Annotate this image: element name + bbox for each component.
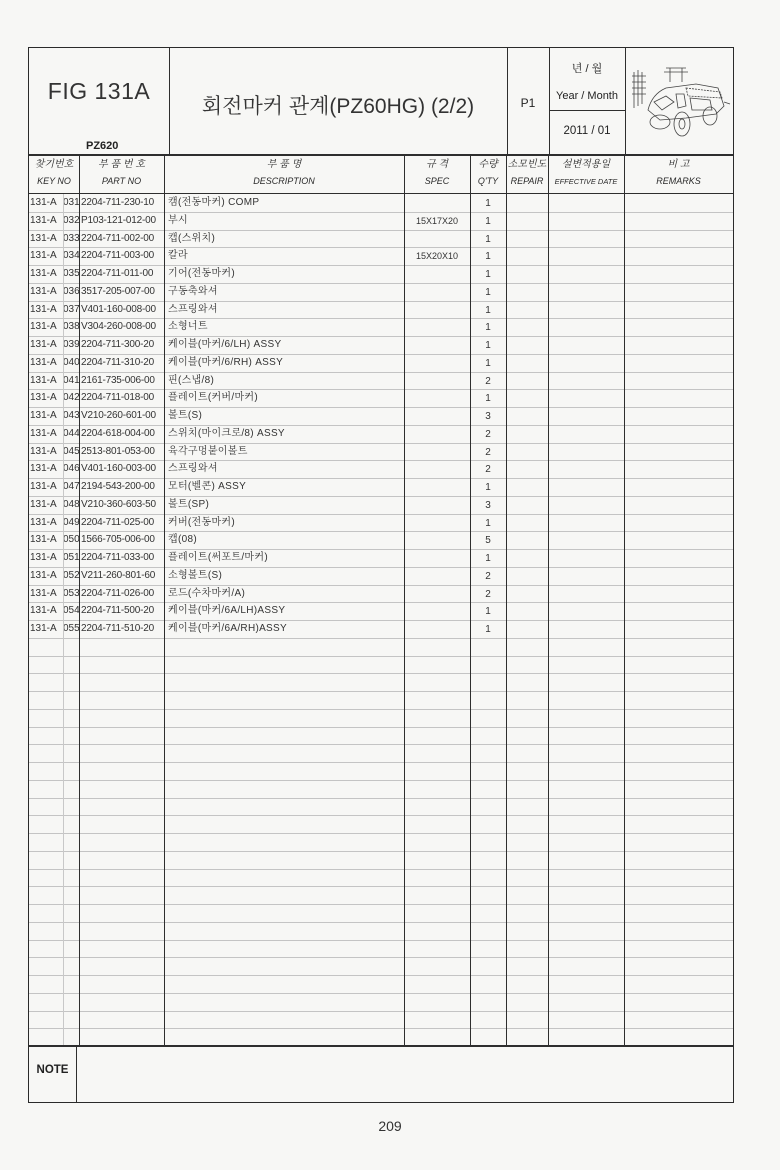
part-number: P103-121-012-00: [81, 212, 165, 230]
key-number: 047: [63, 478, 79, 496]
table-row: 131-A0342204-711-003-00칼라15X20X101: [29, 247, 733, 265]
divider: [549, 110, 625, 111]
key-prefix: 131-A: [30, 354, 63, 372]
part-number: 2204-711-025-00: [81, 514, 165, 532]
key-number: 031: [63, 194, 79, 212]
divider: [164, 154, 165, 1046]
part-number: V211-260-801-60: [81, 567, 165, 585]
part-description: 칼라: [168, 247, 404, 265]
part-description: 모터(벨콘) ASSY: [168, 478, 404, 496]
divider: [79, 154, 80, 1046]
key-number: 039: [63, 336, 79, 354]
table-row: 131-A0363517-205-007-00구동축와셔1: [29, 283, 733, 301]
part-description: 케이블(마커/6/LH) ASSY: [168, 336, 404, 354]
part-number: 2204-711-018-00: [81, 389, 165, 407]
key-prefix: 131-A: [30, 407, 63, 425]
part-quantity: 1: [470, 301, 506, 319]
table-row: 131-A0472194-543-200-00모터(벨콘) ASSY1: [29, 478, 733, 496]
key-prefix: 131-A: [30, 212, 63, 230]
table-row: 131-A0492204-711-025-00커버(전동마커)1: [29, 514, 733, 532]
table-row: 131-A0422204-711-018-00플레이트(커버/마커)1: [29, 389, 733, 407]
key-number: 046: [63, 460, 79, 478]
key-prefix: 131-A: [30, 478, 63, 496]
table-row: [29, 975, 733, 993]
key-number: 045: [63, 443, 79, 461]
part-description: 부시: [168, 212, 404, 230]
key-prefix: 131-A: [30, 230, 63, 248]
figure-number: FIG 131A: [29, 78, 169, 105]
key-number: 038: [63, 318, 79, 336]
table-row: [29, 780, 733, 798]
part-description: 스위치(마이크로/8) ASSY: [168, 425, 404, 443]
key-number: 032: [63, 212, 79, 230]
part-description: 커버(전동마커): [168, 514, 404, 532]
key-prefix: 131-A: [30, 265, 63, 283]
key-prefix: 131-A: [30, 194, 63, 212]
column-header-key-no: 찾기번호KEY NO: [29, 156, 79, 190]
table-row: 131-A0312204-711-230-10캠(전동마커) COMP1: [29, 194, 733, 212]
key-number: 037: [63, 301, 79, 319]
divider: [470, 154, 471, 1046]
part-spec: 15X17X20: [404, 212, 470, 230]
part-spec: [404, 372, 470, 390]
table-row: [29, 833, 733, 851]
part-description: 케이블(마커/6A/RH)ASSY: [168, 620, 404, 638]
part-spec: 15X20X10: [404, 247, 470, 265]
part-description: 기어(전동마커): [168, 265, 404, 283]
part-spec: [404, 460, 470, 478]
year-month-label-ko: 년 / 월: [549, 60, 625, 76]
key-prefix: 131-A: [30, 389, 63, 407]
column-header-part-no: 부 품 번 호PART NO: [79, 156, 164, 190]
part-quantity: 1: [470, 247, 506, 265]
part-number: 2204-711-300-20: [81, 336, 165, 354]
column-header-repair: 소모빈도REPAIR: [506, 156, 548, 190]
key-number: 034: [63, 247, 79, 265]
divider: [76, 1045, 77, 1102]
table-row: [29, 886, 733, 904]
part-spec: [404, 407, 470, 425]
part-spec: [404, 354, 470, 372]
page-number: 209: [0, 1118, 780, 1134]
key-prefix: 131-A: [30, 425, 63, 443]
part-spec: [404, 496, 470, 514]
part-description: 육각구멍붙이볼트: [168, 443, 404, 461]
table-row: [29, 904, 733, 922]
table-row: 131-A0501566-705-006-00캡(08)5: [29, 531, 733, 549]
table-row: [29, 815, 733, 833]
part-description: 캠(전동마커) COMP: [168, 194, 404, 212]
table-row: [29, 851, 733, 869]
part-description: 구동축와셔: [168, 283, 404, 301]
part-number: 2204-711-003-00: [81, 247, 165, 265]
part-spec: [404, 514, 470, 532]
key-prefix: 131-A: [30, 531, 63, 549]
note-text: [79, 1047, 729, 1097]
table-row: [29, 744, 733, 762]
column-header-effective-date: 설변적용일EFFECTIVE DATE: [548, 156, 624, 190]
part-number: 2204-711-230-10: [81, 194, 165, 212]
part-number: 2204-711-310-20: [81, 354, 165, 372]
divider: [404, 154, 405, 1046]
part-quantity: 1: [470, 478, 506, 496]
part-quantity: 1: [470, 265, 506, 283]
key-number: 042: [63, 389, 79, 407]
column-header-spec: 규 격SPEC: [404, 156, 470, 190]
part-quantity: 1: [470, 549, 506, 567]
divider: [169, 48, 170, 154]
part-number: 2161-735-006-00: [81, 372, 165, 390]
column-header-qty: 수량Q'TY: [470, 156, 506, 190]
table-row: [29, 940, 733, 958]
part-number: V401-160-003-00: [81, 460, 165, 478]
part-quantity: 1: [470, 230, 506, 248]
key-prefix: 131-A: [30, 514, 63, 532]
key-number: 041: [63, 372, 79, 390]
page-title: 회전마커 관계(PZ60HG) (2/2): [169, 90, 507, 120]
part-quantity: 1: [470, 194, 506, 212]
table-row: [29, 798, 733, 816]
part-quantity: 2: [470, 567, 506, 585]
key-number: 048: [63, 496, 79, 514]
part-quantity: 1: [470, 318, 506, 336]
part-number: 2204-711-500-20: [81, 602, 165, 620]
table-row: [29, 762, 733, 780]
key-prefix: 131-A: [30, 301, 63, 319]
table-row: 131-A0532204-711-026-00로드(수차마커/A)2: [29, 585, 733, 603]
key-number: 053: [63, 585, 79, 603]
part-quantity: 2: [470, 372, 506, 390]
table-row: 131-A043V210-260-601-00볼트(S)3: [29, 407, 733, 425]
key-prefix: 131-A: [30, 443, 63, 461]
part-quantity: 1: [470, 212, 506, 230]
key-prefix: 131-A: [30, 247, 63, 265]
part-spec: [404, 265, 470, 283]
part-description: 핀(스냅/8): [168, 372, 404, 390]
key-number: 055: [63, 620, 79, 638]
key-number: 049: [63, 514, 79, 532]
key-prefix: 131-A: [30, 567, 63, 585]
key-prefix: 131-A: [30, 602, 63, 620]
key-prefix: 131-A: [30, 318, 63, 336]
key-prefix: 131-A: [30, 336, 63, 354]
page-code: P1: [507, 96, 549, 110]
part-quantity: 3: [470, 407, 506, 425]
table-row: 131-A0452513-801-053-00육각구멍붙이볼트2: [29, 443, 733, 461]
model-name: PZ620: [86, 140, 118, 152]
key-number: 033: [63, 230, 79, 248]
part-number: 2204-711-026-00: [81, 585, 165, 603]
divider: [63, 194, 64, 1046]
part-number: 2204-618-004-00: [81, 425, 165, 443]
part-spec: [404, 194, 470, 212]
part-number: 2204-711-033-00: [81, 549, 165, 567]
part-spec: [404, 425, 470, 443]
table-row: 131-A052V211-260-801-60소형볼트(S)2: [29, 567, 733, 585]
column-header-remarks: 비 고REMARKS: [624, 156, 733, 190]
table-row: [29, 869, 733, 887]
part-quantity: 1: [470, 620, 506, 638]
part-spec: [404, 389, 470, 407]
part-description: 캡(스위치): [168, 230, 404, 248]
key-number: 044: [63, 425, 79, 443]
table-row: [29, 993, 733, 1011]
table-row: 131-A038V304-260-008-00소형너트1: [29, 318, 733, 336]
key-number: 051: [63, 549, 79, 567]
table-row: [29, 638, 733, 656]
part-number: V210-360-603-50: [81, 496, 165, 514]
part-description: 스프링와셔: [168, 301, 404, 319]
part-number: 2204-711-002-00: [81, 230, 165, 248]
part-description: 소형볼트(S): [168, 567, 404, 585]
part-number: 2513-801-053-00: [81, 443, 165, 461]
part-quantity: 3: [470, 496, 506, 514]
key-prefix: 131-A: [30, 585, 63, 603]
column-header-description: 부 품 명DESCRIPTION: [164, 156, 404, 190]
part-spec: [404, 283, 470, 301]
table-row: 131-A0332204-711-002-00캡(스위치)1: [29, 230, 733, 248]
rice-transplanter-illustration-icon: [626, 50, 734, 150]
key-number: 043: [63, 407, 79, 425]
year-month-label-en: Year / Month: [549, 90, 625, 102]
table-row: [29, 922, 733, 940]
table-row: 131-A048V210-360-603-50볼트(SP)3: [29, 496, 733, 514]
part-description: 플레이트(커버/마커): [168, 389, 404, 407]
key-prefix: 131-A: [30, 620, 63, 638]
key-prefix: 131-A: [30, 283, 63, 301]
note-label: NOTE: [29, 1046, 76, 1094]
key-prefix: 131-A: [30, 549, 63, 567]
part-description: 로드(수차마커/A): [168, 585, 404, 603]
part-number: 2194-543-200-00: [81, 478, 165, 496]
part-quantity: 1: [470, 514, 506, 532]
part-quantity: 1: [470, 283, 506, 301]
part-quantity: 1: [470, 336, 506, 354]
part-number: V304-260-008-00: [81, 318, 165, 336]
part-number: 3517-205-007-00: [81, 283, 165, 301]
part-number: 2204-711-011-00: [81, 265, 165, 283]
part-spec: [404, 602, 470, 620]
part-quantity: 2: [470, 460, 506, 478]
table-row: 131-A0412161-735-006-00핀(스냅/8)2: [29, 372, 733, 390]
part-description: 소형너트: [168, 318, 404, 336]
key-prefix: 131-A: [30, 372, 63, 390]
table-row: [29, 727, 733, 745]
divider: [549, 48, 550, 154]
table-row: 131-A0552204-711-510-20케이블(마커/6A/RH)ASSY…: [29, 620, 733, 638]
key-number: 036: [63, 283, 79, 301]
divider: [506, 154, 507, 1046]
part-quantity: 5: [470, 531, 506, 549]
table-row: [29, 709, 733, 727]
table-row: 131-A0442204-618-004-00스위치(마이크로/8) ASSY2: [29, 425, 733, 443]
part-quantity: 1: [470, 354, 506, 372]
part-description: 캡(08): [168, 531, 404, 549]
table-row: 131-A0352204-711-011-00기어(전동마커)1: [29, 265, 733, 283]
year-month-value: 2011 / 01: [549, 125, 625, 137]
key-prefix: 131-A: [30, 496, 63, 514]
divider: [507, 48, 508, 154]
key-number: 040: [63, 354, 79, 372]
table-row: 131-A046V401-160-003-00스프링와셔2: [29, 460, 733, 478]
table-row: 131-A032P103-121-012-00부시15X17X201: [29, 212, 733, 230]
key-number: 054: [63, 602, 79, 620]
part-spec: [404, 478, 470, 496]
part-description: 케이블(마커/6A/LH)ASSY: [168, 602, 404, 620]
table-row: 131-A0392204-711-300-20케이블(마커/6/LH) ASSY…: [29, 336, 733, 354]
divider: [625, 48, 626, 154]
part-spec: [404, 620, 470, 638]
table-row: [29, 957, 733, 975]
key-number: 052: [63, 567, 79, 585]
part-spec: [404, 230, 470, 248]
parts-list-form: FIG 131A PZ620 회전마커 관계(PZ60HG) (2/2) P1 …: [28, 47, 734, 1103]
part-number: V210-260-601-00: [81, 407, 165, 425]
key-number: 050: [63, 531, 79, 549]
table-row: [29, 673, 733, 691]
part-quantity: 2: [470, 443, 506, 461]
part-quantity: 2: [470, 585, 506, 603]
part-spec: [404, 585, 470, 603]
table-row: 131-A0542204-711-500-20케이블(마커/6A/LH)ASSY…: [29, 602, 733, 620]
part-quantity: 2: [470, 425, 506, 443]
part-description: 스프링와셔: [168, 460, 404, 478]
part-number: V401-160-008-00: [81, 301, 165, 319]
part-description: 볼트(S): [168, 407, 404, 425]
divider: [548, 154, 549, 1046]
table-row: [29, 1028, 733, 1046]
part-number: 1566-705-006-00: [81, 531, 165, 549]
table-row: [29, 1011, 733, 1029]
table-row: 131-A037V401-160-008-00스프링와셔1: [29, 301, 733, 319]
part-spec: [404, 549, 470, 567]
part-description: 케이블(마커/6/RH) ASSY: [168, 354, 404, 372]
table-row: 131-A0402204-711-310-20케이블(마커/6/RH) ASSY…: [29, 354, 733, 372]
part-spec: [404, 443, 470, 461]
part-spec: [404, 531, 470, 549]
part-quantity: 1: [470, 602, 506, 620]
part-spec: [404, 336, 470, 354]
table-row: [29, 656, 733, 674]
divider: [624, 154, 625, 1046]
part-number: 2204-711-510-20: [81, 620, 165, 638]
part-description: 볼트(SP): [168, 496, 404, 514]
part-quantity: 1: [470, 389, 506, 407]
key-number: 035: [63, 265, 79, 283]
part-description: 플레이트(써포트/마커): [168, 549, 404, 567]
table-row: 131-A0512204-711-033-00플레이트(써포트/마커)1: [29, 549, 733, 567]
part-spec: [404, 567, 470, 585]
table-row: [29, 691, 733, 709]
part-spec: [404, 301, 470, 319]
key-prefix: 131-A: [30, 460, 63, 478]
part-spec: [404, 318, 470, 336]
